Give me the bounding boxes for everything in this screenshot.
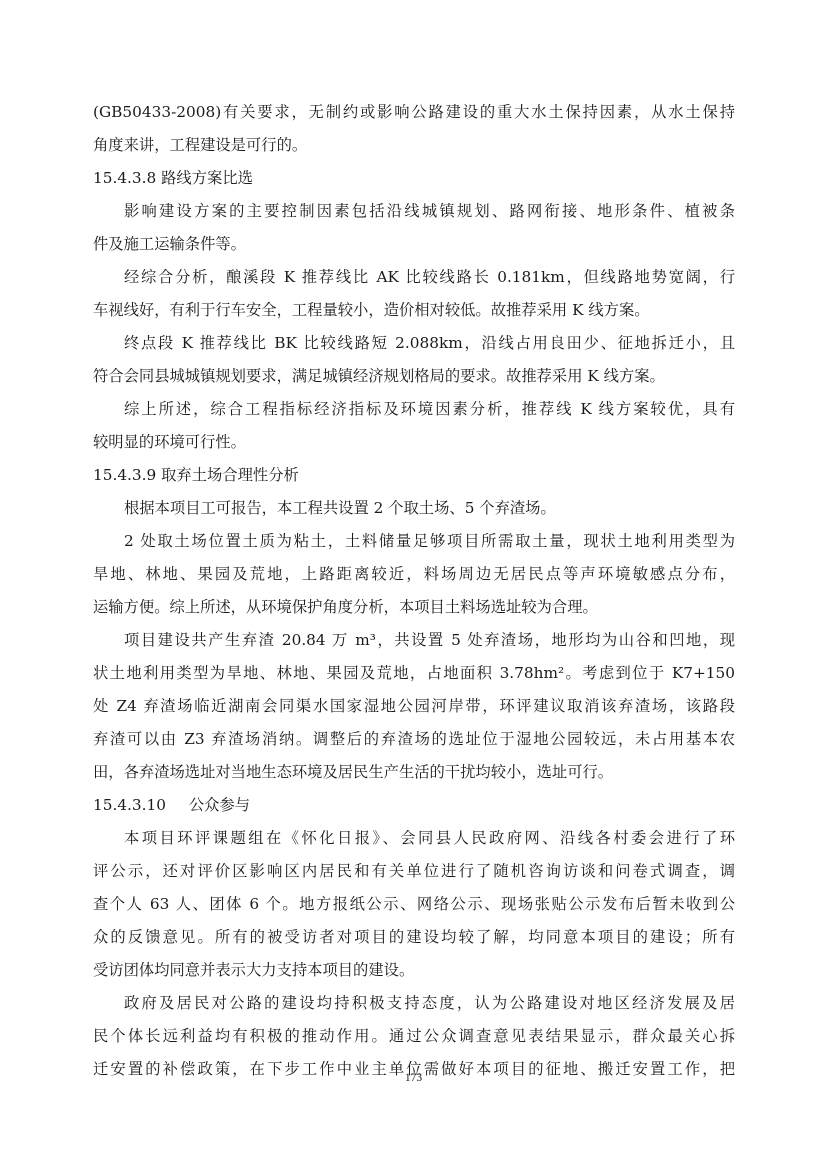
paragraph-line: 众的反馈意见。所有的被受访者对项目的建设均较了解，均同意本项目的建设；所有: [93, 924, 735, 957]
paragraph-line: 影响建设方案的主要控制因素包括沿线城镇规划、路网衔接、地形条件、植被条: [93, 198, 735, 231]
section-heading-15-4-3-8: 15.4.3.8 路线方案比选: [93, 165, 735, 198]
paragraph-line: 评公示，还对评价区影响区内居民和有关单位进行了随机咨询访谈和问卷式调查，调: [93, 858, 735, 891]
section-title: 路线方案比选: [161, 169, 253, 187]
paragraph-line: 查个人 63 人、团体 6 个。地方报纸公示、网络公示、现场张贴公示发布后暂未收…: [93, 891, 735, 924]
paragraph-line: 件及施工运输条件等。: [93, 231, 735, 264]
text-line: (GB50433-2008)有关要求，无制约或影响公路建设的重大水土保持因素，从…: [93, 99, 735, 132]
paragraph-line: 综上所述，综合工程指标经济指标及环境因素分析，推荐线 K 线方案较优，具有: [93, 396, 735, 429]
paragraph-line: 民个体长远利益均有积极的推动作用。通过公众调查意见表结果显示，群众最关心拆: [93, 1023, 735, 1056]
section-number: 15.4.3.10: [93, 792, 184, 818]
paragraph-line: 终点段 K 推荐线比 BK 比较线路短 2.088km，沿线占用良田少、征地拆迁…: [93, 330, 735, 363]
page-number: 173: [0, 1072, 827, 1084]
paragraph-line: 本项目环评课题组在《怀化日报》、会同县人民政府网、沿线各村委会进行了环: [93, 825, 735, 858]
paragraph-line: 受访团体均同意并表示大力支持本项目的建设。: [93, 957, 735, 990]
paragraph-line: 政府及居民对公路的建设均持积极支持态度，认为公路建设对地区经济发展及居: [93, 990, 735, 1023]
section-number: 15.4.3.8: [93, 165, 156, 191]
section-heading-15-4-3-10: 15.4.3.10 公众参与: [93, 792, 735, 825]
paragraph-line: 2 处取土场位置土质为粘土，土料储量足够项目所需取土量，现状土地利用类型为: [93, 528, 735, 561]
paragraph-line: 项目建设共产生弃渣 20.84 万 m³，共设置 5 处弃渣场，地形均为山谷和凹…: [93, 627, 735, 660]
paragraph-line: 根据本项目工可报告，本工程共设置 2 个取土场、5 个弃渣场。: [93, 495, 735, 528]
paragraph-line: 运输方便。综上所述，从环境保护角度分析，本项目土料场选址较为合理。: [93, 594, 735, 627]
paragraph-line: 弃渣可以由 Z3 弃渣场消纳。调整后的弃渣场的选址位于湿地公园较远，未占用基本农: [93, 726, 735, 759]
paragraph-line: 田，各弃渣场选址对当地生态环境及居民生产生活的干扰均较小，选址可行。: [93, 759, 735, 792]
paragraph-line: 旱地、林地、果园及荒地，上路距离较近，料场周边无居民点等声环境敏感点分布，: [93, 561, 735, 594]
text-line: 角度来讲，工程建设是可行的。: [93, 132, 735, 165]
paragraph-line: 符合会同县城城镇规划要求，满足城镇经济规划格局的要求。故推荐采用 K 线方案。: [93, 363, 735, 396]
paragraph-line: 处 Z4 弃渣场临近湖南会同渠水国家湿地公园河岸带，环评建议取消该弃渣场，该路段: [93, 693, 735, 726]
section-title: 公众参与: [189, 796, 250, 814]
paragraph-line: 较明显的环境可行性。: [93, 429, 735, 462]
document-page: (GB50433-2008)有关要求，无制约或影响公路建设的重大水土保持因素，从…: [93, 99, 735, 1089]
paragraph-line: 经综合分析，酿溪段 K 推荐线比 AK 比较线路长 0.181km，但线路地势宽…: [93, 264, 735, 297]
section-heading-15-4-3-9: 15.4.3.9 取弃土场合理性分析: [93, 462, 735, 495]
section-title: 取弃土场合理性分析: [161, 466, 299, 484]
section-number: 15.4.3.9: [93, 462, 156, 488]
paragraph-line: 状土地利用类型为旱地、林地、果园及荒地，占地面积 3.78hm²。考虑到位于 K…: [93, 660, 735, 693]
paragraph-line: 车视线好，有利于行车安全，工程量较小，造价相对较低。故推荐采用 K 线方案。: [93, 297, 735, 330]
